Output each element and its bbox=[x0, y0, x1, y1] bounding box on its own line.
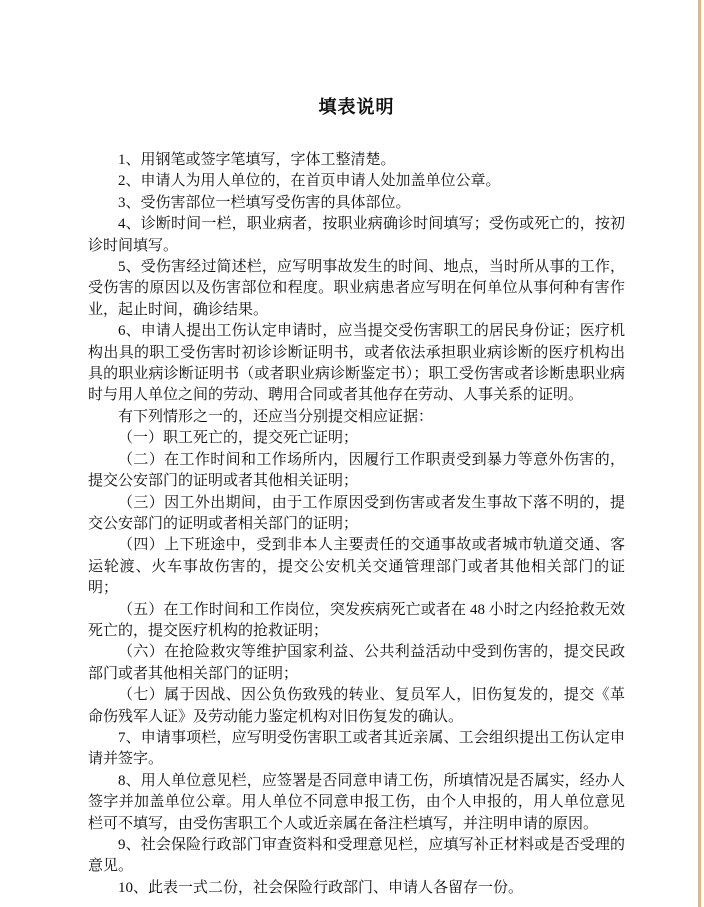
instruction-subitem-2: （二）在工作时间和工作场所内，因履行工作职责受到暴力等意外伤害的，提交公安部门的… bbox=[88, 450, 625, 493]
page-title: 填表说明 bbox=[88, 97, 625, 117]
instruction-subitem-1: （一）职工死亡的，提交死亡证明； bbox=[88, 428, 625, 449]
instruction-paragraph-1: 1、用钢笔或签字笔填写，字体工整清楚。 bbox=[88, 150, 625, 171]
instruction-paragraph-9: 9、社会保险行政部门审查资料和受理意见栏，应填写补正材料或是否受理的意见。 bbox=[88, 835, 625, 878]
instruction-paragraph-10: 10、此表一式二份，社会保险行政部门、申请人各留存一份。 bbox=[88, 878, 625, 899]
instruction-subitem-5: （五）在工作时间和工作岗位，突发疾病死亡或者在 48 小时之内经抢救无效死亡的，… bbox=[88, 600, 625, 643]
instruction-paragraph-6: 6、申请人提出工伤认定申请时，应当提交受伤害职工的居民身份证；医疗机构出具的职工… bbox=[88, 321, 625, 407]
instruction-subitem-4: （四）上下班途中，受到非本人主要责任的交通事故或者城市轨道交通、客运轮渡、火车事… bbox=[88, 535, 625, 599]
instruction-paragraph-5: 5、受伤害经过简述栏，应写明事故发生的时间、地点，当时所从事的工作，受伤害的原因… bbox=[88, 257, 625, 321]
instruction-subitem-6: （六）在抢险救灾等维护国家利益、公共利益活动中受到伤害的，提交民政部门或者其他相… bbox=[88, 642, 625, 685]
instruction-subitem-3: （三）因工外出期间，由于工作原因受到伤害或者发生事故下落不明的，提交公安部门的证… bbox=[88, 493, 625, 536]
document-content: 填表说明 1、用钢笔或签字笔填写，字体工整清楚。 2、申请人为用人单位的，在首页… bbox=[88, 0, 625, 899]
instructions-body: 1、用钢笔或签字笔填写，字体工整清楚。 2、申请人为用人单位的，在首页申请人处加… bbox=[88, 150, 625, 899]
page-edge-stripe bbox=[698, 0, 701, 907]
instruction-paragraph-7: 7、申请事项栏，应写明受伤害职工或者其近亲属、工会组织提出工伤认定申请并签字。 bbox=[88, 728, 625, 771]
instruction-paragraph-8: 8、用人单位意见栏，应签署是否同意申请工伤，所填情况是否属实，经办人签字并加盖单… bbox=[88, 771, 625, 835]
instruction-paragraph-4: 4、诊断时间一栏，职业病者，按职业病确诊时间填写；受伤或死亡的，按初诊时间填写。 bbox=[88, 214, 625, 257]
instruction-paragraph-3: 3、受伤害部位一栏填写受伤害的具体部位。 bbox=[88, 193, 625, 214]
document-page: 填表说明 1、用钢笔或签字笔填写，字体工整清楚。 2、申请人为用人单位的，在首页… bbox=[0, 0, 704, 907]
instruction-paragraph-6-intro: 有下列情形之一的，还应当分别提交相应证据： bbox=[88, 407, 625, 428]
instruction-subitem-7: （七）属于因战、因公负伤致残的转业、复员军人，旧伤复发的，提交《革命伤残军人证》… bbox=[88, 685, 625, 728]
instruction-paragraph-2: 2、申请人为用人单位的，在首页申请人处加盖单位公章。 bbox=[88, 171, 625, 192]
